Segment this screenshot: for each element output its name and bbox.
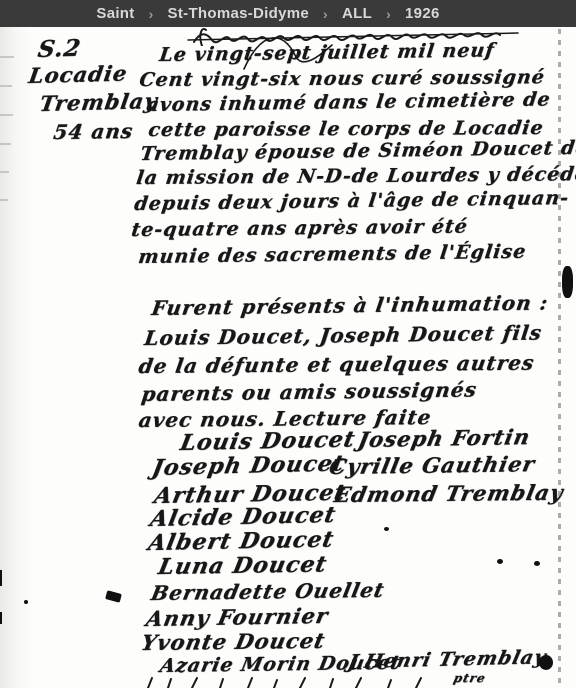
- ink-blot: [497, 559, 503, 564]
- record-viewer-screen: Saint › St-Thomas-Didyme › ALL › 1926 S.…: [0, 0, 576, 688]
- margin-annotation-line: Tremblay: [38, 88, 159, 116]
- signature: Joseph Fortin: [356, 424, 533, 452]
- record-text-line: te-quatre ans après avoir été: [130, 215, 469, 241]
- breadcrumb-item-saint[interactable]: Saint: [96, 5, 134, 22]
- signature: Luna Doucet: [156, 551, 329, 580]
- record-text-line: Cent vingt-six nous curé soussigné: [138, 66, 546, 91]
- scanned-register-page[interactable]: S.2 Locadie Tremblay 54 ans Le vingt-sep…: [0, 27, 576, 688]
- record-text-line: depuis deux jours à l'âge de cinquan-: [133, 187, 570, 215]
- record-text-line: Tremblay épouse de Siméon Doucet de: [139, 137, 576, 165]
- priest-title: ptre: [452, 671, 487, 685]
- signature: Joseph Doucet: [150, 450, 347, 481]
- record-text-line: munie des sacrements de l'Église: [137, 241, 528, 268]
- ruled-line: [0, 85, 12, 87]
- ruled-line: [0, 114, 13, 116]
- ruled-line: [0, 56, 14, 58]
- ink-blot: [0, 612, 2, 624]
- witness-text-line: Louis Doucet, Joseph Doucet fils: [143, 320, 543, 350]
- breadcrumb: Saint › St-Thomas-Didyme › ALL › 1926: [0, 0, 576, 27]
- margin-annotation-line: 54 ans: [52, 119, 135, 144]
- ink-blot: [0, 570, 2, 586]
- ink-blot: [562, 266, 573, 298]
- chevron-right-icon: ›: [323, 6, 328, 22]
- signature: Anny Fournier: [144, 603, 331, 631]
- chevron-right-icon: ›: [386, 6, 391, 22]
- breadcrumb-item-parish[interactable]: St-Thomas-Didyme: [168, 5, 309, 22]
- ink-blot: [539, 655, 553, 670]
- margin-annotation-line: Locadie: [27, 60, 129, 88]
- ink-blot: [105, 590, 122, 603]
- breadcrumb-item-all[interactable]: ALL: [342, 5, 372, 22]
- margin-annotation-line: S.2: [36, 35, 83, 63]
- signature: J.Henri Tremblay.: [346, 646, 554, 673]
- ink-blot: [24, 600, 28, 604]
- witness-text-line: parents ou amis soussignés: [140, 377, 478, 406]
- record-text-line: la mission de N-D-de Lourdes y décédée: [135, 163, 576, 189]
- witness-text-line: de la défunte et quelques autres: [137, 351, 536, 378]
- ink-blot: [534, 561, 540, 566]
- ruled-line: [0, 171, 9, 173]
- record-text-line: Le vingt-sept juillet mil neuf: [158, 39, 496, 66]
- breadcrumb-item-year[interactable]: 1926: [405, 5, 440, 22]
- ink-blot: [384, 527, 389, 531]
- signature: Bernadette Ouellet: [149, 578, 387, 605]
- page-edge-line: [558, 29, 561, 687]
- signature: Edmond Tremblay: [332, 480, 566, 507]
- witness-text-line: Furent présents à l'inhumation :: [150, 290, 550, 320]
- signature: Yvonte Doucet: [139, 628, 328, 655]
- signature: Cyrille Gauthier: [327, 451, 537, 479]
- ruled-line: [0, 143, 11, 145]
- chevron-right-icon: ›: [149, 6, 154, 22]
- clipped-line-bottom: [140, 677, 450, 688]
- record-text-line: avons inhumé dans le cimetière de: [145, 88, 552, 116]
- ruled-line: [0, 199, 8, 201]
